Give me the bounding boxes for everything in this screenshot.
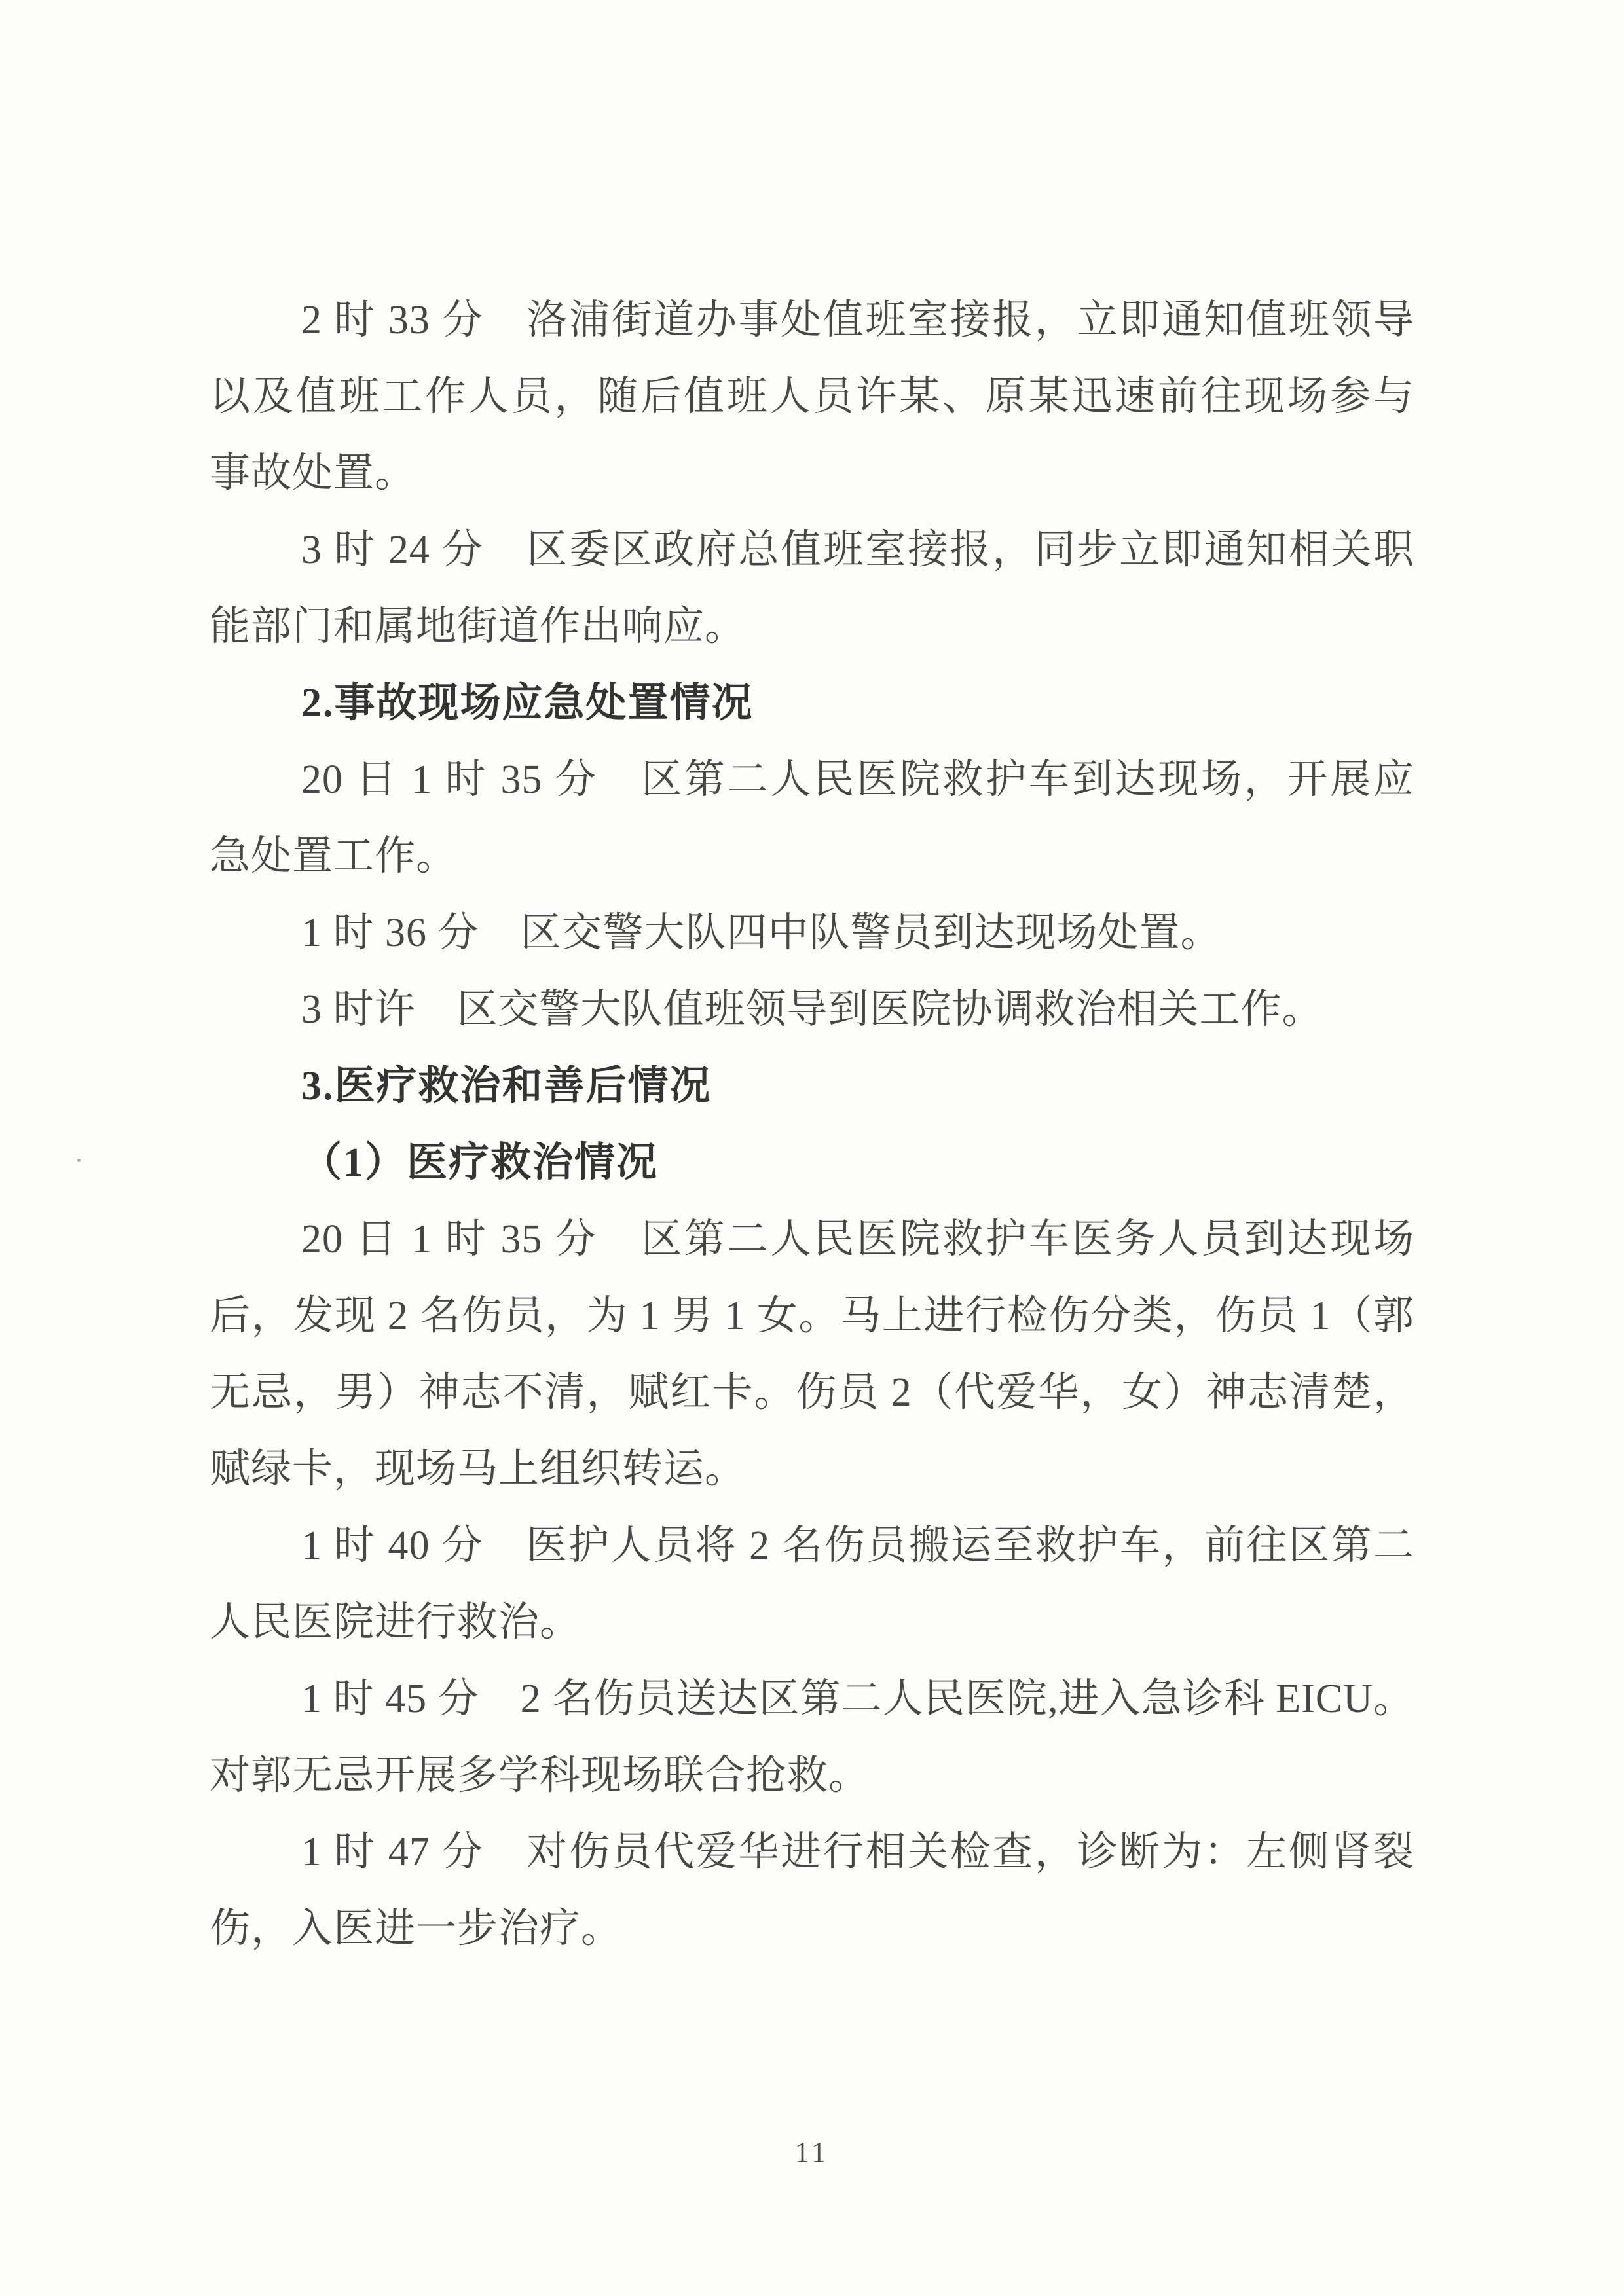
text-line: 对郭无忌开展多学科现场联合抢救。 — [210, 1738, 1414, 1814]
text-line: 无忌，男）神志不清，赋红卡。伤员 2（代爱华，女）神志清楚， — [210, 1355, 1414, 1431]
text-line: 1 时 40 分 医护人员将 2 名伤员搬运至救护车，前往区第二 — [210, 1508, 1414, 1584]
document-body: 2 时 33 分 洛浦街道办事处值班室接报，立即通知值班领导以及值班工作人员，随… — [210, 282, 1414, 1967]
text-line: 20 日 1 时 35 分 区第二人民医院救护车医务人员到达现场 — [210, 1201, 1414, 1278]
text-line: 急处置工作。 — [210, 818, 1414, 895]
text-line: 后，发现 2 名伤员，为 1 男 1 女。马上进行检伤分类，伤员 1（郭 — [210, 1278, 1414, 1355]
text-line: 1 时 36 分 区交警大队四中队警员到达现场处置。 — [210, 895, 1414, 972]
text-line: 赋绿卡，现场马上组织转运。 — [210, 1431, 1414, 1508]
text-line: 1 时 45 分 2 名伤员送达区第二人民医院,进入急诊科 EICU。 — [210, 1661, 1414, 1738]
text-line: 20 日 1 时 35 分 区第二人民医院救护车到达现场，开展应 — [210, 742, 1414, 818]
text-line: 以及值班工作人员，随后值班人员许某、原某迅速前往现场参与 — [210, 359, 1414, 435]
scan-artifact-dot — [77, 1159, 81, 1162]
text-line: 1 时 47 分 对伤员代爱华进行相关检查，诊断为：左侧肾裂 — [210, 1814, 1414, 1891]
text-line: 3 时许 区交警大队值班领导到医院协调救治相关工作。 — [210, 972, 1414, 1048]
document-page: 2 时 33 分 洛浦街道办事处值班室接报，立即通知值班领导以及值班工作人员，随… — [0, 0, 1624, 2296]
section-heading: 3.医疗救治和善后情况 — [210, 1048, 1414, 1125]
text-line: 人民医院进行救治。 — [210, 1584, 1414, 1661]
text-line: 3 时 24 分 区委区政府总值班室接报，同步立即通知相关职 — [210, 512, 1414, 589]
section-heading: 2.事故现场应急处置情况 — [210, 665, 1414, 742]
text-line: 2 时 33 分 洛浦街道办事处值班室接报，立即通知值班领导 — [210, 282, 1414, 359]
text-line: 事故处置。 — [210, 435, 1414, 512]
section-heading: （1）医疗救治情况 — [210, 1125, 1414, 1201]
text-line: 伤，入医进一步治疗。 — [210, 1891, 1414, 1967]
text-line: 能部门和属地街道作出响应。 — [210, 589, 1414, 665]
page-number: 11 — [0, 2126, 1624, 2179]
